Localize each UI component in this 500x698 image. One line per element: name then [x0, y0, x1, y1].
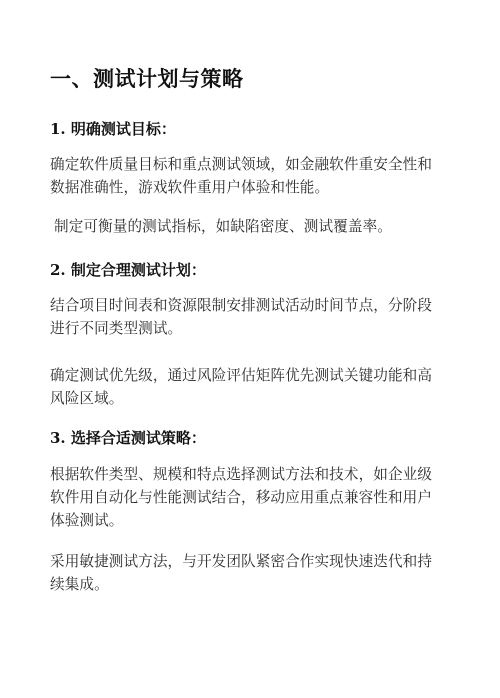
section-heading-test-plan: 2. 制定合理测试计划：: [50, 259, 206, 280]
paragraph-test-plan-2: 确定测试优先级，通过风险评估矩阵优先测试关键功能和高风险区域。: [50, 364, 442, 410]
paragraph-test-strategy-2: 采用敏捷测试方法，与开发团队紧密合作实现快速迭代和持续集成。: [50, 550, 442, 596]
section-heading-test-strategy: 3. 选择合适测试策略：: [50, 427, 206, 448]
paragraph-test-plan-1: 结合项目时间表和资源限制安排测试活动时间节点，分阶段进行不同类型测试。: [50, 294, 442, 340]
section-heading-test-goals: 1. 明确测试目标：: [50, 118, 176, 139]
paragraph-test-strategy-1: 根据软件类型、规模和特点选择测试方法和技术，如企业级软件用自动化与性能测试结合，…: [50, 463, 442, 532]
page-title: 一、测试计划与策略: [50, 63, 244, 93]
paragraph-test-goals-2: 制定可衡量的测试指标，如缺陷密度、测试覆盖率。: [54, 215, 446, 238]
paragraph-test-goals-1: 确定软件质量目标和重点测试领域，如金融软件重安全性和数据准确性，游戏软件重用户体…: [50, 153, 442, 199]
